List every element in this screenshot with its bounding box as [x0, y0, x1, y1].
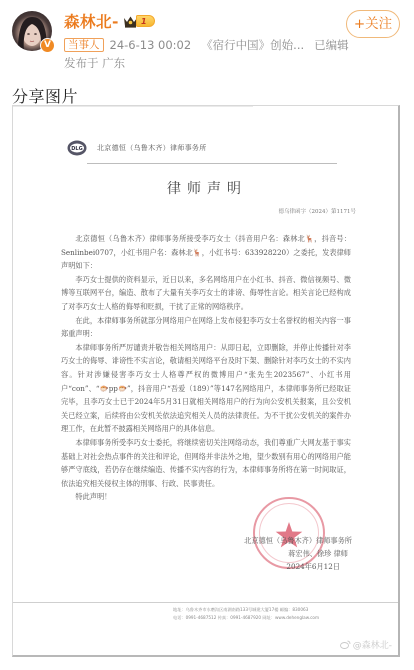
post-source[interactable]: 《宿行中国》创始...	[201, 37, 304, 53]
header-divider	[87, 163, 337, 164]
signature-firm: 北京德恒（乌鲁木齐）律师事务所	[244, 534, 352, 547]
firm-header: DLG 北京德恒（乌鲁木齐）律师事务所	[67, 136, 347, 160]
image-watermark: @森林北-	[340, 638, 392, 651]
level-tag: 1	[136, 15, 155, 27]
firm-name: 北京德恒（乌鲁木齐）律师事务所	[97, 143, 207, 153]
paragraph: 李巧女士提供的资料显示，近日以来，多名网络用户在小红书、抖音、微信视频号、微博等…	[61, 273, 351, 314]
law-firm-logo-icon: DLG	[67, 140, 87, 156]
document-footer: 地址：乌鲁木齐市水磨沟区南湖南路133号城建大厦17楼 邮编：830063 电话…	[173, 606, 319, 622]
name-row: 森林北- 1	[64, 11, 155, 31]
paragraph: 北京德恒（乌鲁木齐）律师事务所接受李巧女士（抖音用户名：森林北🦌，抖音号：Sen…	[61, 232, 351, 273]
footer-contact: 电话：0991-4687512 传真：0991-4687920 网址：www.d…	[173, 614, 319, 622]
signature-block: 北京德恒（乌鲁木齐）律师事务所 蒋宏伟、徐珍 律师 2024年6月12日	[244, 534, 352, 573]
footer-divider	[13, 602, 400, 603]
svg-text:DLG: DLG	[71, 146, 82, 152]
member-level-badge[interactable]: 1	[123, 15, 155, 28]
document-number: 德乌律函字（2024）第1171号	[279, 207, 357, 215]
weibo-icon	[340, 640, 351, 649]
document-body: 北京德恒（乌鲁木齐）律师事务所接受李巧女士（抖音用户名：森林北🦌，抖音号：Sen…	[61, 232, 351, 504]
shared-document-image[interactable]: DLG 北京德恒（乌鲁木齐）律师事务所 律师声明 德乌律函字（2024）第117…	[12, 105, 400, 657]
follow-button[interactable]: +关注	[346, 10, 400, 38]
edited-label[interactable]: 已编辑	[314, 37, 349, 53]
signature-lawyers: 蒋宏伟、徐珍 律师	[244, 547, 352, 560]
post-header: V 森林北- 1 当事人 24-6-13 00:02 《宿行中国》创始... 已…	[0, 0, 414, 80]
image-edge	[13, 106, 253, 107]
paragraph: 在此，本律师事务所就部分网络用户在网络上发布侵犯李巧女士名誉权的相关内容一事郑重…	[61, 314, 351, 341]
post-meta: 当事人 24-6-13 00:02 《宿行中国》创始... 已编辑	[64, 37, 349, 53]
verified-v-icon: V	[40, 38, 55, 53]
user-name[interactable]: 森林北-	[64, 10, 119, 32]
avatar[interactable]: V	[12, 11, 52, 51]
document-title: 律师声明	[13, 178, 400, 198]
post-time: 24-6-13 00:02	[110, 38, 192, 52]
paragraph: 本律师事务所受李巧女士委托，将继续密切关注网络动态，我们尊重广大网友基于事实基础…	[61, 436, 351, 490]
watermark-text: @森林北-	[353, 638, 392, 651]
footer-address: 地址：乌鲁木齐市水磨沟区南湖南路133号城建大厦17楼 邮编：830063	[173, 606, 319, 614]
post-location: 发布于 广东	[64, 55, 125, 71]
paragraph: 本律师事务所严厉谴责并敬告相关网络用户：从即日起，立即删除，并停止传播针对李巧女…	[61, 341, 351, 436]
section-title: 分享图片	[12, 84, 78, 107]
signature-date: 2024年6月12日	[244, 560, 352, 573]
role-tag: 当事人	[64, 38, 104, 52]
